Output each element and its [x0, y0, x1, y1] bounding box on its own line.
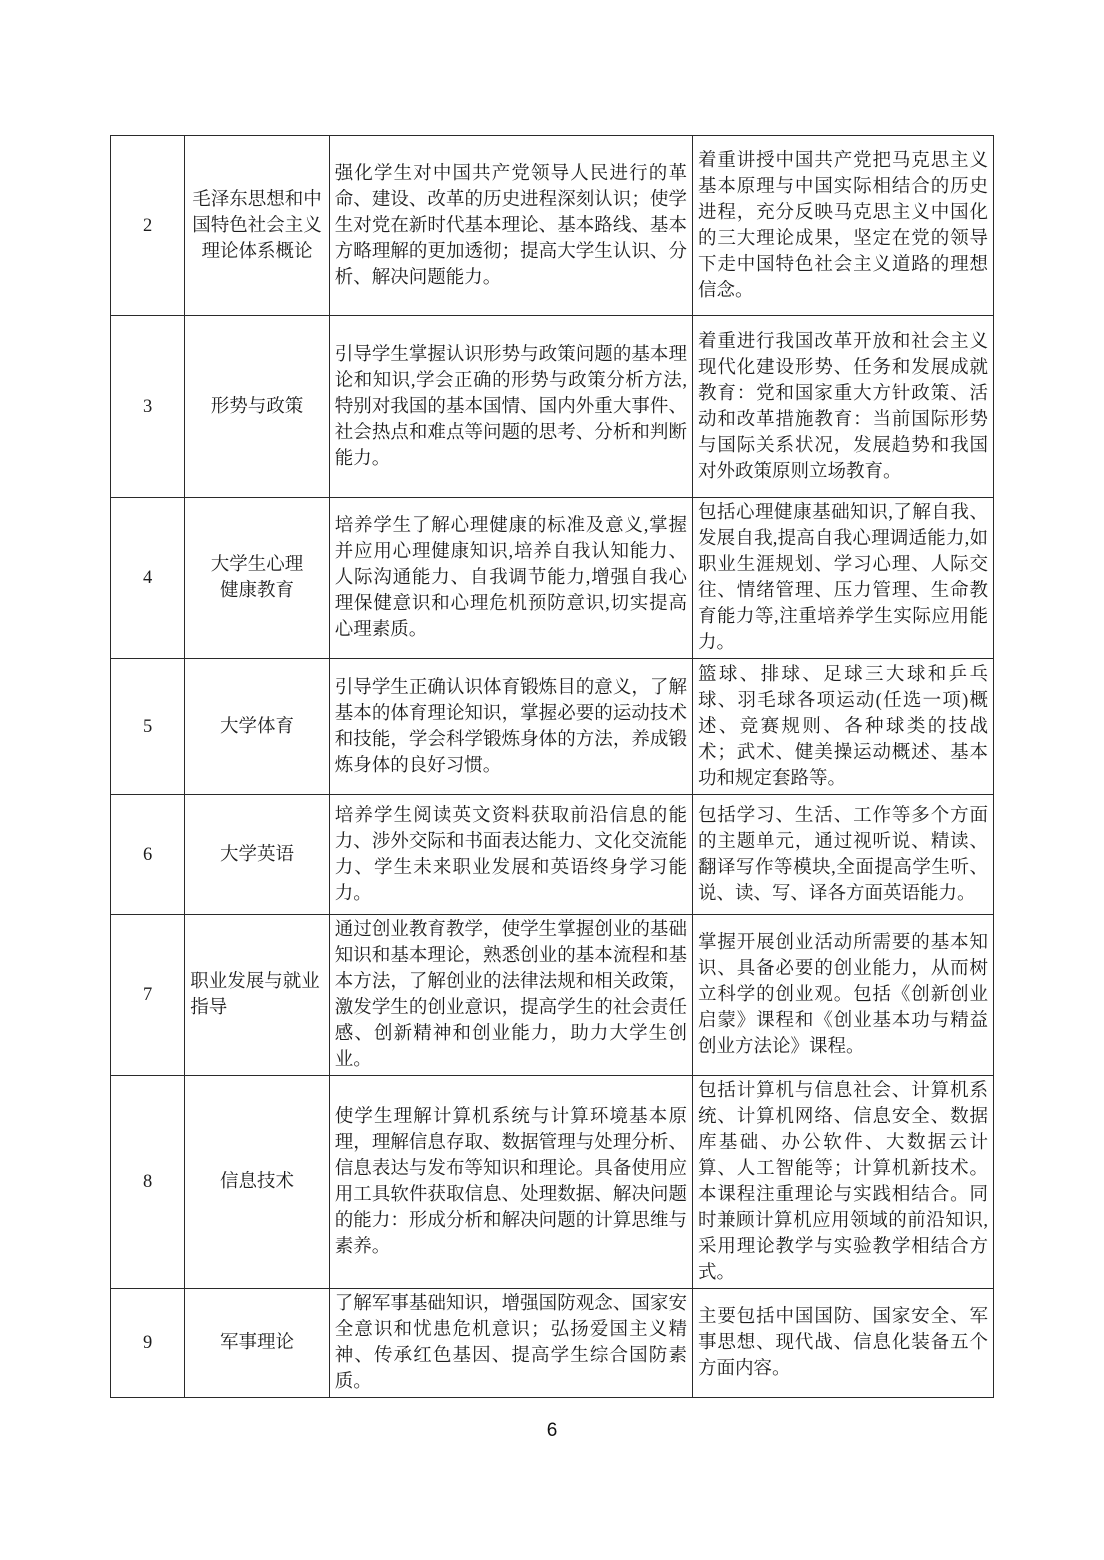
course-table: 2 毛泽东思想和中 国特色社会主义 理论体系概论 强化学生对中国共产党领导人民进…	[110, 135, 994, 1398]
table-row: 3 形势与政策 引导学生掌握认识形势与政策问题的基本理论和知识,学会正确的形势与…	[111, 316, 994, 498]
course-content: 包括学习、生活、工作等多个方面的主题单元，通过视听说、精读、翻译写作等模块,全面…	[692, 795, 993, 915]
course-name: 毛泽东思想和中 国特色社会主义 理论体系概论	[185, 136, 329, 316]
course-content: 篮球、排球、足球三大球和乒乓球、羽毛球各项运动(任选一项)概述、竞赛规则、各种球…	[692, 659, 993, 795]
table-row: 9 军事理论 了解军事基础知识，增强国防观念、国家安全意识和忧患危机意识；弘扬爱…	[111, 1289, 994, 1398]
course-content: 包括计算机与信息社会、计算机系统、计算机网络、信息安全、数据库基础、办公软件、大…	[692, 1076, 993, 1289]
table-row: 4 大学生心理 健康教育 培养学生了解心理健康的标准及意义,掌握并应用心理健康知…	[111, 498, 994, 659]
course-number: 4	[111, 498, 185, 659]
page-number: 6	[0, 1420, 1104, 1442]
course-number: 3	[111, 316, 185, 498]
course-number: 7	[111, 915, 185, 1076]
course-objective: 通过创业教育教学，使学生掌握创业的基础知识和基本理论，熟悉创业的基本流程和基本方…	[329, 915, 692, 1076]
course-name: 形势与政策	[185, 316, 329, 498]
course-number: 9	[111, 1289, 185, 1398]
document-page: 2 毛泽东思想和中 国特色社会主义 理论体系概论 强化学生对中国共产党领导人民进…	[0, 0, 1104, 1560]
course-objective: 了解军事基础知识，增强国防观念、国家安全意识和忧患危机意识；弘扬爱国主义精神、传…	[329, 1289, 692, 1398]
table-row: 6 大学英语 培养学生阅读英文资料获取前沿信息的能力、涉外交际和书面表达能力、文…	[111, 795, 994, 915]
course-content: 掌握开展创业活动所需要的基本知识、具备必要的创业能力，从而树立科学的创业观。包括…	[692, 915, 993, 1076]
course-name: 军事理论	[185, 1289, 329, 1398]
course-name: 职业发展与就业 指导	[185, 915, 329, 1076]
course-objective: 使学生理解计算机系统与计算环境基本原理，理解信息存取、数据管理与处理分析、信息表…	[329, 1076, 692, 1289]
course-content: 着重进行我国改革开放和社会主义现代化建设形势、任务和发展成就教育：党和国家重大方…	[692, 316, 993, 498]
course-content: 主要包括中国国防、国家安全、军事思想、现代战、信息化装备五个方面内容。	[692, 1289, 993, 1398]
course-number: 2	[111, 136, 185, 316]
course-number: 8	[111, 1076, 185, 1289]
course-name: 大学生心理 健康教育	[185, 498, 329, 659]
table-row: 7 职业发展与就业 指导 通过创业教育教学，使学生掌握创业的基础知识和基本理论，…	[111, 915, 994, 1076]
table-row: 2 毛泽东思想和中 国特色社会主义 理论体系概论 强化学生对中国共产党领导人民进…	[111, 136, 994, 316]
course-objective: 培养学生阅读英文资料获取前沿信息的能力、涉外交际和书面表达能力、文化交流能力、学…	[329, 795, 692, 915]
course-content: 着重讲授中国共产党把马克思主义基本原理与中国实际相结合的历史进程，充分反映马克思…	[692, 136, 993, 316]
course-name: 信息技术	[185, 1076, 329, 1289]
course-objective: 强化学生对中国共产党领导人民进行的革命、建设、改革的历史进程深刻认识；使学生对党…	[329, 136, 692, 316]
table-row: 8 信息技术 使学生理解计算机系统与计算环境基本原理，理解信息存取、数据管理与处…	[111, 1076, 994, 1289]
table-row: 5 大学体育 引导学生正确认识体育锻炼目的意义，了解基本的体育理论知识，掌握必要…	[111, 659, 994, 795]
course-content: 包括心理健康基础知识,了解自我、发展自我,提高自我心理调适能力,如职业生涯规划、…	[692, 498, 993, 659]
course-number: 6	[111, 795, 185, 915]
course-number: 5	[111, 659, 185, 795]
course-name: 大学体育	[185, 659, 329, 795]
course-objective: 引导学生正确认识体育锻炼目的意义，了解基本的体育理论知识，掌握必要的运动技术和技…	[329, 659, 692, 795]
course-name: 大学英语	[185, 795, 329, 915]
course-objective: 引导学生掌握认识形势与政策问题的基本理论和知识,学会正确的形势与政策分析方法,特…	[329, 316, 692, 498]
course-objective: 培养学生了解心理健康的标准及意义,掌握并应用心理健康知识,培养自我认知能力、人际…	[329, 498, 692, 659]
